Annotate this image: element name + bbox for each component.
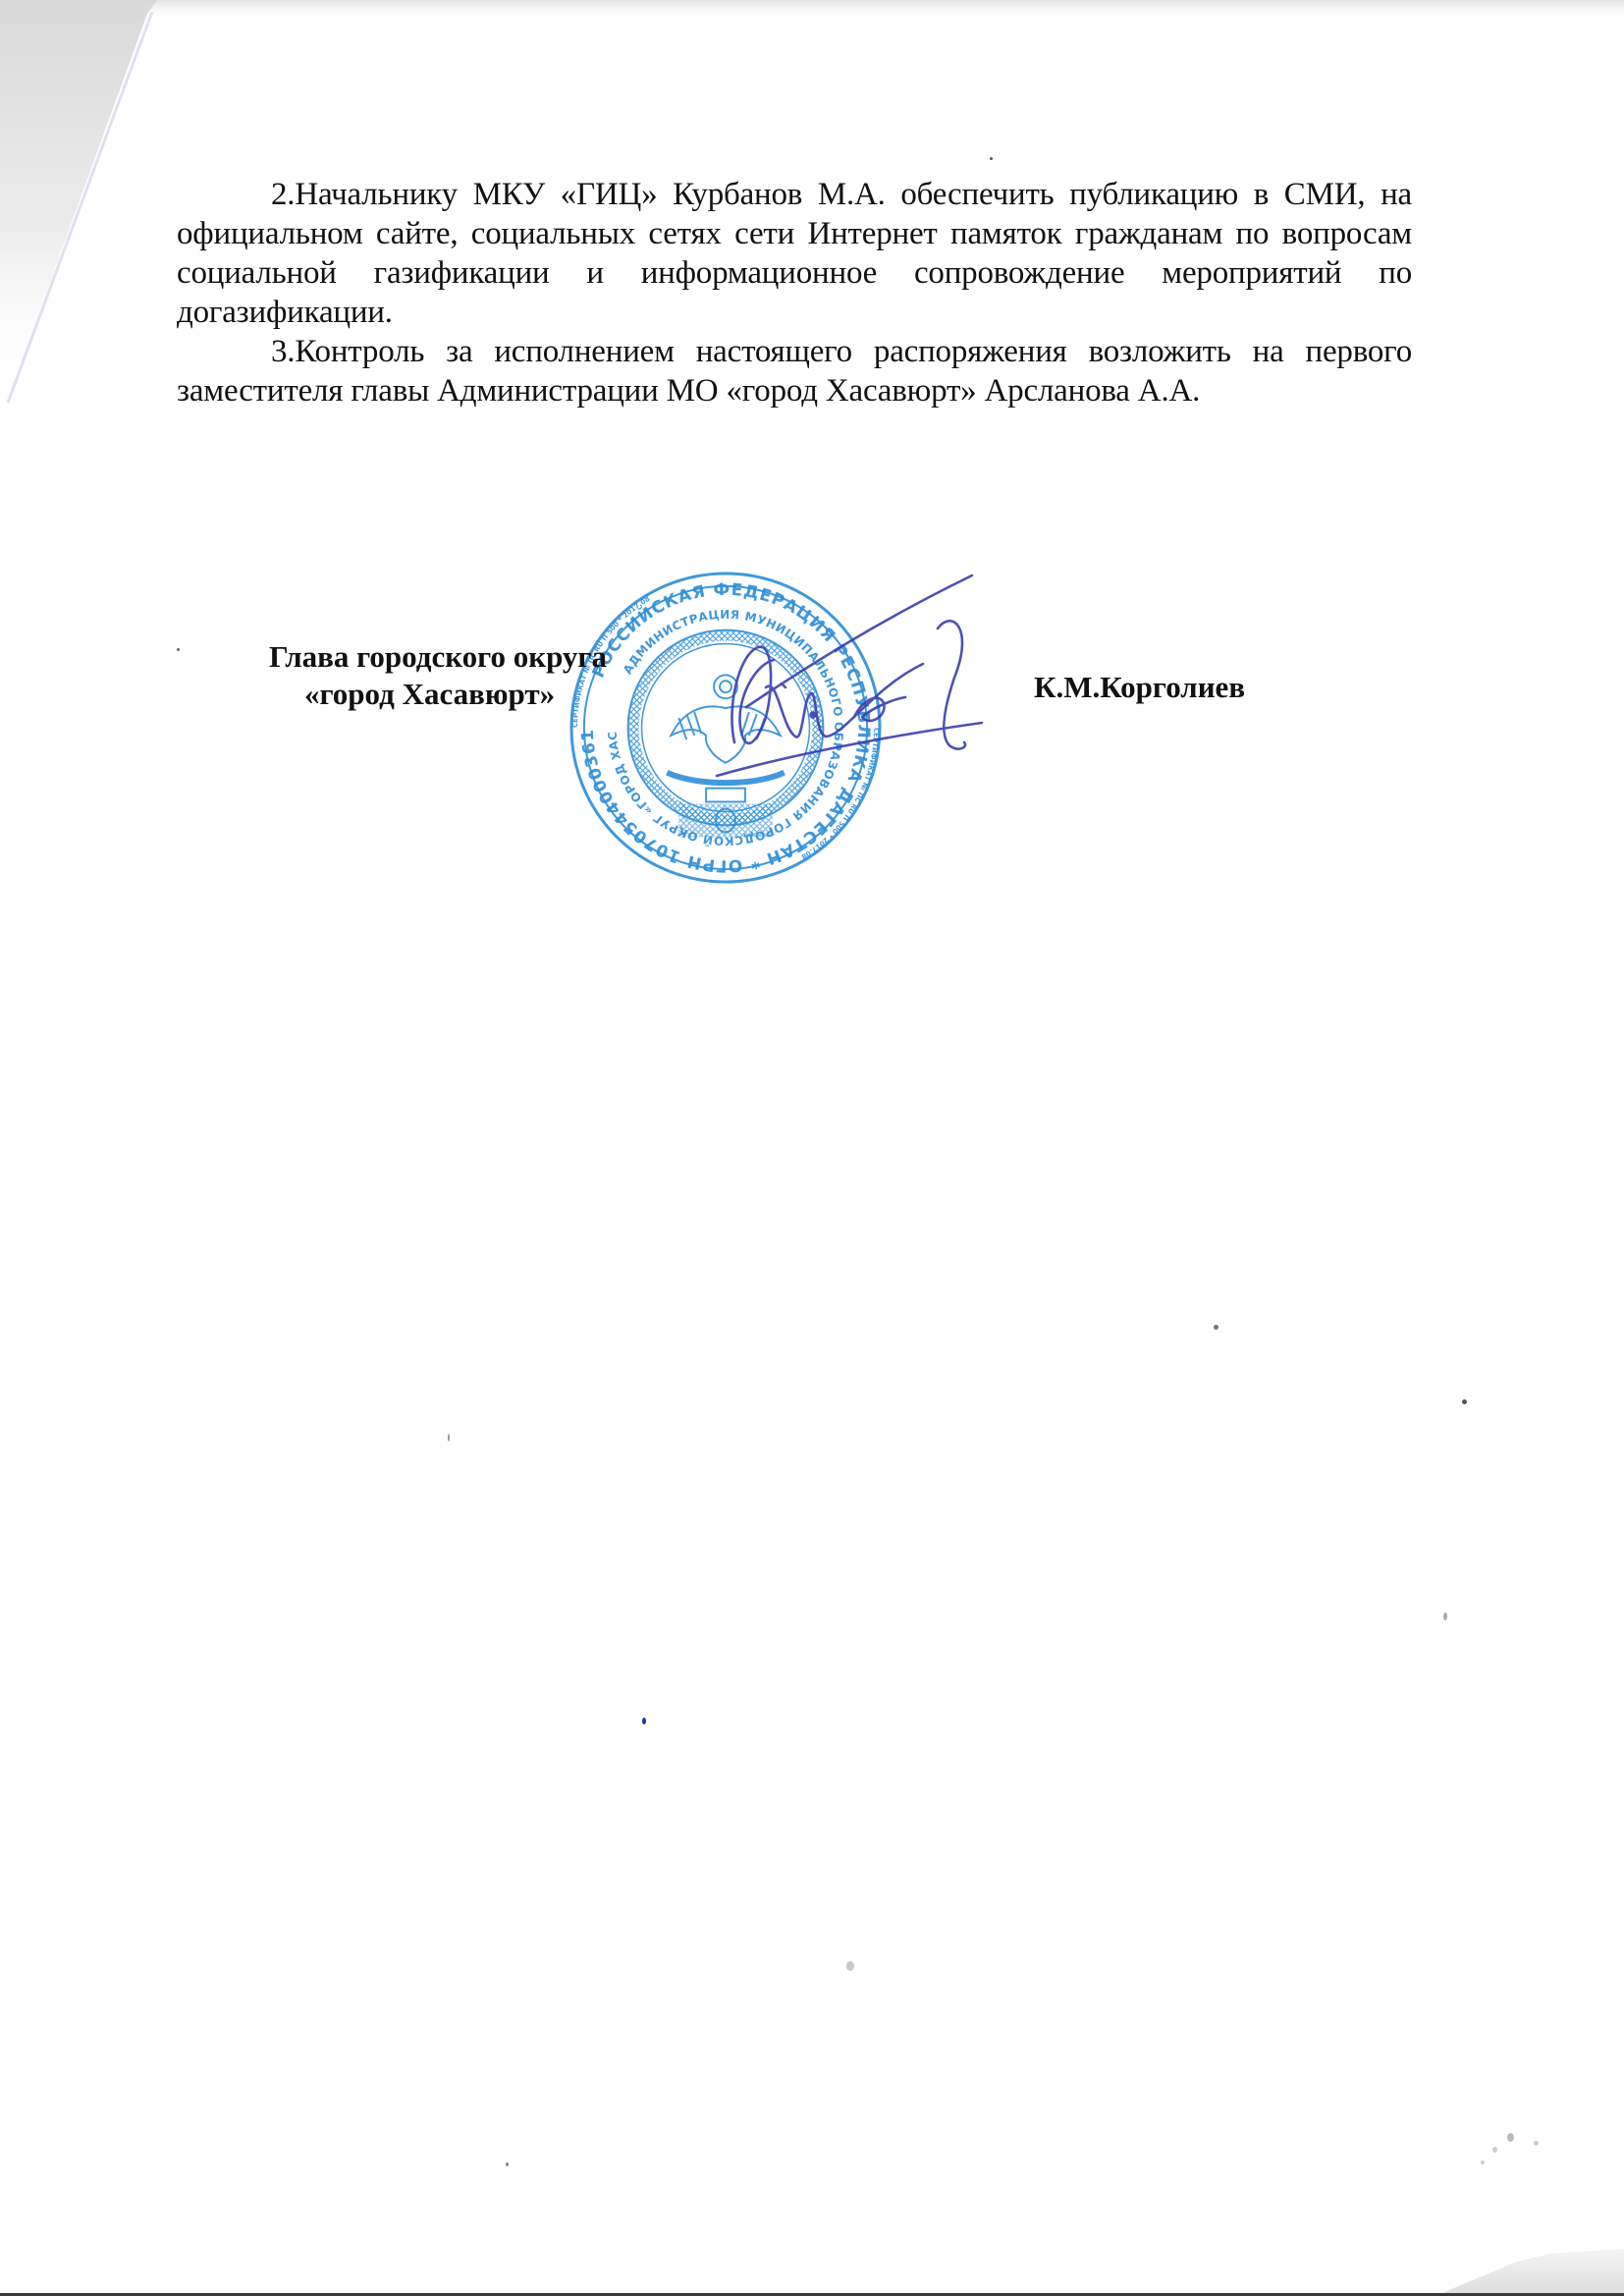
scan-speck	[990, 157, 993, 160]
scan-speck	[448, 1434, 450, 1442]
paragraph-2: 2.Начальнику МКУ «ГИЦ» Курбанов М.А. обе…	[177, 175, 1412, 332]
scan-speck	[1443, 1613, 1447, 1620]
document-page: 2.Начальнику МКУ «ГИЦ» Курбанов М.А. обе…	[0, 0, 1624, 2296]
scan-speck	[1492, 2147, 1497, 2153]
scan-speck	[1534, 2141, 1539, 2146]
paragraph-3: 3.Контроль за исполнением настоящего рас…	[177, 332, 1412, 410]
scan-speck	[1214, 1325, 1218, 1330]
scan-speck	[177, 648, 180, 651]
scan-speck	[1507, 2133, 1514, 2142]
signatory-name: К.М.Корголиев	[1034, 669, 1245, 706]
signatory-title: Глава городского округа «город Хасавюрт»	[269, 638, 607, 713]
scan-speck	[642, 1718, 646, 1724]
page-corner-fold	[1443, 2249, 1624, 2293]
scan-speck	[1481, 2160, 1485, 2164]
signatory-title-line1: Глава городского округа	[269, 639, 607, 674]
document-body: 2.Начальнику МКУ «ГИЦ» Курбанов М.А. обе…	[177, 175, 1412, 410]
scan-speck	[506, 2162, 509, 2166]
scan-speck	[1462, 1399, 1467, 1404]
signatory-title-line2: «город Хасавюрт»	[269, 676, 607, 713]
handwritten-signature	[687, 570, 992, 805]
scan-speck	[846, 1961, 854, 1971]
